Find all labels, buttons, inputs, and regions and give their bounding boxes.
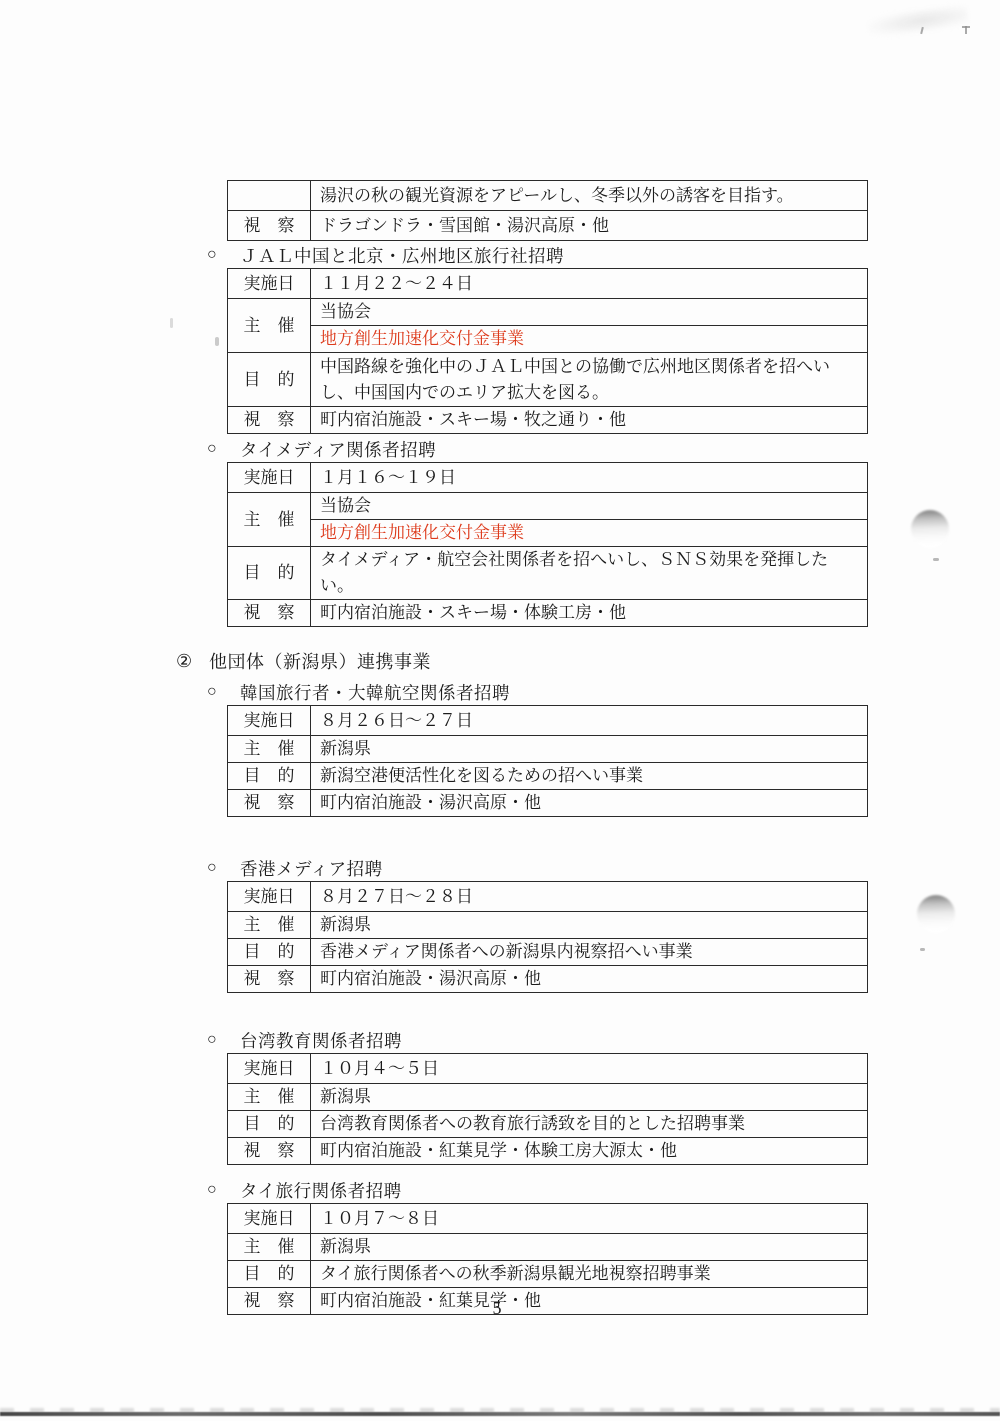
- subsidy-note: 地方創生加速化交付金事業: [311, 520, 868, 547]
- label-host: 主 催: [228, 299, 311, 353]
- label-purpose: 目 的: [228, 763, 311, 790]
- event-heading-thai-travel: ○ タイ旅行関係者招聘: [207, 1179, 868, 1201]
- table-continuation: 湯沢の秋の観光資源をアピールし、冬季以外の誘客を目指す。 視 察 ドラゴンドラ・…: [227, 180, 868, 241]
- event-table-jal-china: 実施日 １１月２２～２４日 主 催 当協会 地方創生加速化交付金事業 目 的 中…: [227, 268, 868, 434]
- event-date: １１月２２～２４日: [311, 269, 868, 299]
- label-inspection: 視 察: [228, 407, 311, 434]
- label-inspection: 視 察: [228, 1138, 311, 1165]
- event-inspection: 町内宿泊施設・スキー場・体験工房・他: [311, 600, 868, 627]
- event-table-hongkong: 実施日 ８月２７日～２８日 主 催 新潟県 目 的 香港メディア関係者への新潟県…: [227, 881, 868, 993]
- label-purpose: 目 的: [228, 353, 311, 407]
- label-inspection: 視 察: [228, 211, 311, 241]
- event-date: ８月２７日～２８日: [311, 882, 868, 912]
- label-inspection: 視 察: [228, 600, 311, 627]
- label-date: 実施日: [228, 1054, 311, 1084]
- event-title: ＪＡＬ中国と北京・広州地区旅行社招聘: [240, 243, 564, 268]
- circle-bullet-icon: ○: [207, 246, 224, 264]
- scan-mark: [965, 26, 967, 34]
- event-table-taiwan: 実施日 １０月４～５日 主 催 新潟県 目 的 台湾教育関係者への教育旅行誘致を…: [227, 1053, 868, 1165]
- circle-bullet-icon: ○: [207, 1031, 224, 1049]
- event-date: １０月７～８日: [311, 1204, 868, 1234]
- label-date: 実施日: [228, 463, 311, 493]
- section2-title: 他団体（新潟県）連携事業: [209, 648, 431, 674]
- event-purpose: タイメディア・航空会社関係者を招へいし、ＳＮＳ効果を発揮したい。: [311, 547, 868, 600]
- label-inspection: 視 察: [228, 966, 311, 993]
- event-host: 新潟県: [311, 1234, 868, 1261]
- event-date: １０月４～５日: [311, 1054, 868, 1084]
- event-host: 新潟県: [311, 736, 868, 763]
- scan-smudge: [867, 3, 969, 39]
- event-purpose: タイ旅行関係者への秋季新潟県観光地視察招聘事業: [311, 1261, 868, 1288]
- label-host: 主 催: [228, 493, 311, 547]
- label-purpose: 目 的: [228, 547, 311, 600]
- purpose-continuation-text: 湯沢の秋の観光資源をアピールし、冬季以外の誘客を目指す。: [311, 181, 868, 211]
- circle-bullet-icon: ○: [207, 1181, 224, 1199]
- circle-bullet-icon: ○: [207, 683, 224, 701]
- label-date: 実施日: [228, 882, 311, 912]
- scanned-document-page: { "bullet": "○", "colors": { "subsidy_re…: [0, 0, 1000, 1421]
- event-host: 当協会: [311, 493, 868, 520]
- event-purpose: 台湾教育関係者への教育旅行誘致を目的とした招聘事業: [311, 1111, 868, 1138]
- event-title: タイメディア関係者招聘: [240, 437, 436, 462]
- label-host: 主 催: [228, 1234, 311, 1261]
- event-inspection: 町内宿泊施設・湯沢高原・他: [311, 966, 868, 993]
- event-title: 台湾教育関係者招聘: [240, 1028, 402, 1053]
- scanner-edge-line: [0, 1412, 1000, 1416]
- event-inspection: 町内宿泊施設・紅葉見学・体験工房大源太・他: [311, 1138, 868, 1165]
- page-number: 5: [0, 1298, 994, 1319]
- event-inspection: 町内宿泊施設・湯沢高原・他: [311, 790, 868, 817]
- event-table-thai-media: 実施日 １月１６～１９日 主 催 当協会 地方創生加速化交付金事業 目 的 タイ…: [227, 462, 868, 627]
- circle-bullet-icon: ○: [207, 440, 224, 458]
- scan-speck: [170, 318, 173, 328]
- scan-speck: [933, 558, 939, 561]
- inspection-value: ドラゴンドラ・雪国館・湯沢高原・他: [311, 211, 868, 241]
- event-title: タイ旅行関係者招聘: [240, 1178, 402, 1203]
- subsidy-note: 地方創生加速化交付金事業: [311, 326, 868, 353]
- label-date: 実施日: [228, 706, 311, 736]
- event-date: ８月２６日～２７日: [311, 706, 868, 736]
- event-host: 新潟県: [311, 912, 868, 939]
- event-heading-jal-china: ○ ＪＡＬ中国と北京・広州地区旅行社招聘: [207, 244, 868, 266]
- punch-hole-shadow: [917, 895, 955, 933]
- event-heading-thai-media: ○ タイメディア関係者招聘: [207, 438, 868, 460]
- event-purpose: 香港メディア関係者への新潟県内視察招へい事業: [311, 939, 868, 966]
- label-host: 主 催: [228, 912, 311, 939]
- label-inspection: 視 察: [228, 790, 311, 817]
- label-host: 主 催: [228, 1084, 311, 1111]
- circled-two-marker: ②: [176, 651, 196, 672]
- event-table-korea: 実施日 ８月２６日～２７日 主 催 新潟県 目 的 新潟空港便活性化を図るための…: [227, 705, 868, 817]
- event-purpose: 中国路線を強化中のＪＡＬ中国との協働で広州地区関係者を招へいし、中国国内でのエリ…: [311, 353, 868, 407]
- label-empty: [228, 181, 311, 211]
- event-host: 新潟県: [311, 1084, 868, 1111]
- scan-speck: [920, 948, 925, 951]
- label-host: 主 催: [228, 736, 311, 763]
- label-purpose: 目 的: [228, 1111, 311, 1138]
- document-content: 湯沢の秋の観光資源をアピールし、冬季以外の誘客を目指す。 視 察 ドラゴンドラ・…: [227, 180, 868, 1315]
- event-title: 韓国旅行者・大韓航空関係者招聘: [240, 680, 510, 705]
- event-heading-taiwan: ○ 台湾教育関係者招聘: [207, 1029, 868, 1051]
- label-date: 実施日: [228, 1204, 311, 1234]
- circle-bullet-icon: ○: [207, 859, 224, 877]
- event-heading-hongkong: ○ 香港メディア招聘: [207, 857, 868, 879]
- section2-heading: ② 他団体（新潟県）連携事業: [176, 649, 868, 673]
- label-date: 実施日: [228, 269, 311, 299]
- event-title: 香港メディア招聘: [240, 856, 383, 881]
- label-purpose: 目 的: [228, 1261, 311, 1288]
- event-inspection: 町内宿泊施設・スキー場・牧之通り・他: [311, 407, 868, 434]
- scan-speck: [215, 337, 219, 346]
- label-purpose: 目 的: [228, 939, 311, 966]
- event-purpose: 新潟空港便活性化を図るための招へい事業: [311, 763, 868, 790]
- event-host: 当協会: [311, 299, 868, 326]
- event-date: １月１６～１９日: [311, 463, 868, 493]
- event-heading-korea: ○ 韓国旅行者・大韓航空関係者招聘: [207, 681, 868, 703]
- punch-hole-shadow: [911, 510, 949, 548]
